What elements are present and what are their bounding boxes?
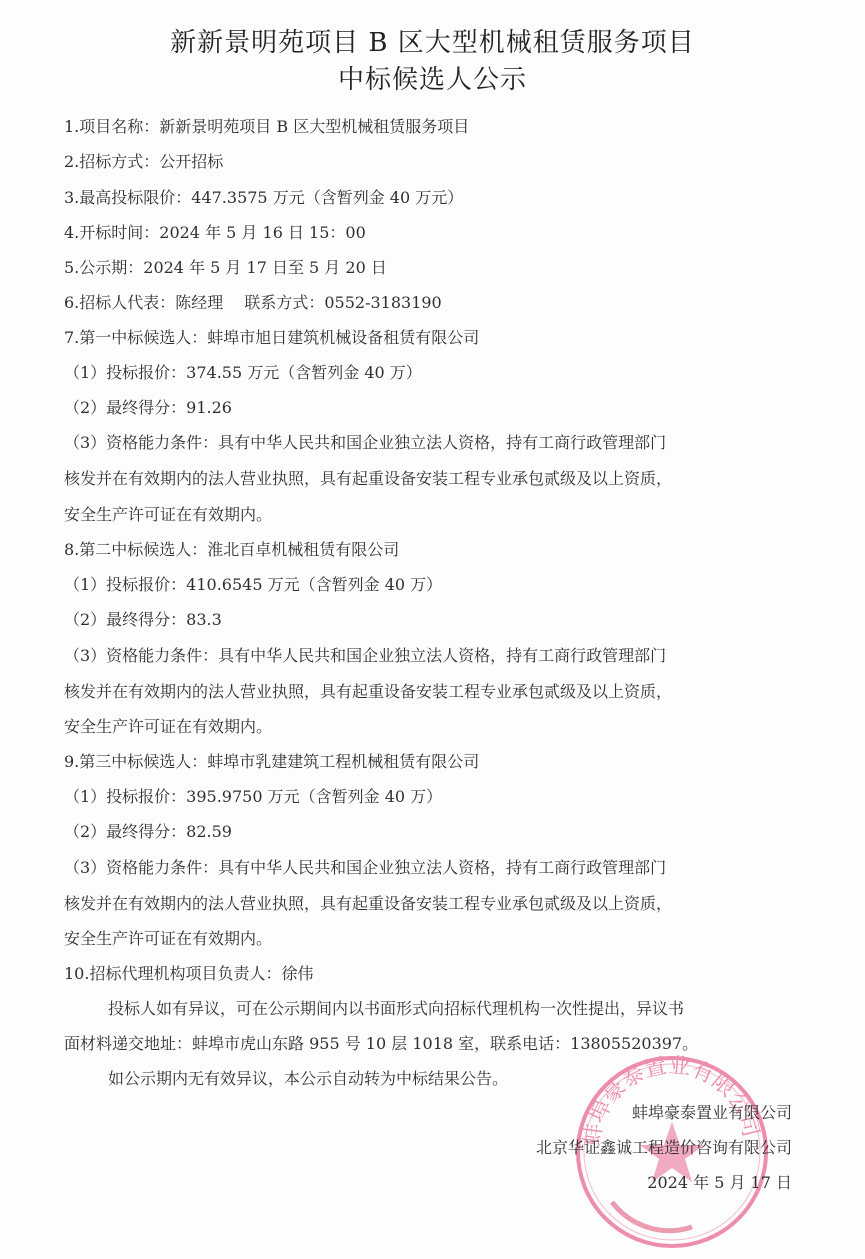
- agent-project-lead: 10.招标代理机构项目负责人：徐伟: [64, 963, 313, 985]
- item-publicity-period: 5.公示期：2024 年 5 月 17 日至 5 月 20 日: [64, 257, 387, 279]
- candidate-3-bid-price: （1）投标报价：395.9750 万元（含暂列金 40 万）: [64, 786, 442, 808]
- candidate-2-bid-price: （1）投标报价：410.6545 万元（含暂列金 40 万）: [64, 574, 442, 596]
- item-max-price: 3.最高投标限价：447.3575 万元（含暂列金 40 万元）: [64, 187, 463, 209]
- auto-result-notice: 如公示期内无有效异议，本公示自动转为中标结果公告。: [108, 1068, 508, 1090]
- candidate-2-qualification-2: 核发并在有效期内的法人营业执照，具有起重设备安装工程专业承包贰级及以上资质，: [64, 681, 672, 703]
- seal-text: 蚌埠豪泰置业有限公司: [580, 1054, 763, 1148]
- document-title: 新新景明苑项目 B 区大型机械租赁服务项目: [0, 26, 865, 60]
- candidate-1-qualification-2: 核发并在有效期内的法人营业执照，具有起重设备安装工程专业承包贰级及以上资质，: [64, 468, 672, 490]
- candidate-3-qualification-1: （3）资格能力条件：具有中华人民共和国企业独立法人资格，持有工商行政管理部门: [64, 857, 666, 879]
- candidate-2-qualification-3: 安全生产许可证在有效期内。: [64, 716, 272, 738]
- objection-paragraph-1: 投标人如有异议，可在公示期间内以书面形式向招标代理机构一次性提出，异议书: [108, 998, 684, 1020]
- candidate-3-qualification-2: 核发并在有效期内的法人营业执照，具有起重设备安装工程专业承包贰级及以上资质，: [64, 893, 672, 915]
- document-page: 新新景明苑项目 B 区大型机械租赁服务项目 中标候选人公示 1.项目名称：新新景…: [0, 0, 865, 1259]
- candidate-2-final-score: （2）最终得分：83.3: [64, 609, 222, 631]
- item-tender-method: 2.招标方式：公开招标: [64, 151, 223, 173]
- item-project-name: 1.项目名称：新新景明苑项目 B 区大型机械租赁服务项目: [64, 116, 469, 138]
- candidate-3-qualification-3: 安全生产许可证在有效期内。: [64, 928, 272, 950]
- candidate-1-qualification-1: （3）资格能力条件：具有中华人民共和国企业独立法人资格，持有工商行政管理部门: [64, 432, 666, 454]
- document-subtitle: 中标候选人公示: [0, 63, 865, 97]
- candidate-1-qualification-3: 安全生产许可证在有效期内。: [64, 504, 272, 526]
- svg-text:蚌埠豪泰置业有限公司: 蚌埠豪泰置业有限公司: [580, 1054, 763, 1148]
- signatory-agent: 北京华证鑫诚工程造价咨询有限公司: [536, 1137, 792, 1159]
- item-tenderer-contact: 6.招标人代表：陈经理 联系方式：0552-3183190: [64, 292, 442, 314]
- signatory-tenderer: 蚌埠豪泰置业有限公司: [632, 1102, 792, 1124]
- candidate-3-heading: 9.第三中标候选人：蚌埠市乳建建筑工程机械租赁有限公司: [64, 751, 479, 773]
- candidate-2-heading: 8.第二中标候选人：淮北百卓机械租赁有限公司: [64, 539, 399, 561]
- candidate-1-bid-price: （1）投标报价：374.55 万元（含暂列金 40 万）: [64, 362, 422, 384]
- candidate-3-final-score: （2）最终得分：82.59: [64, 821, 232, 843]
- publish-date: 2024 年 5 月 17 日: [647, 1172, 792, 1194]
- item-opening-time: 4.开标时间：2024 年 5 月 16 日 15：00: [64, 222, 366, 244]
- objection-paragraph-2: 面材料递交地址：蚌埠市虎山东路 955 号 10 层 1018 室，联系电话：1…: [64, 1033, 698, 1055]
- candidate-1-final-score: （2）最终得分：91.26: [64, 397, 232, 419]
- candidate-2-qualification-1: （3）资格能力条件：具有中华人民共和国企业独立法人资格，持有工商行政管理部门: [64, 645, 666, 667]
- candidate-1-heading: 7.第一中标候选人：蚌埠市旭日建筑机械设备租赁有限公司: [64, 327, 479, 349]
